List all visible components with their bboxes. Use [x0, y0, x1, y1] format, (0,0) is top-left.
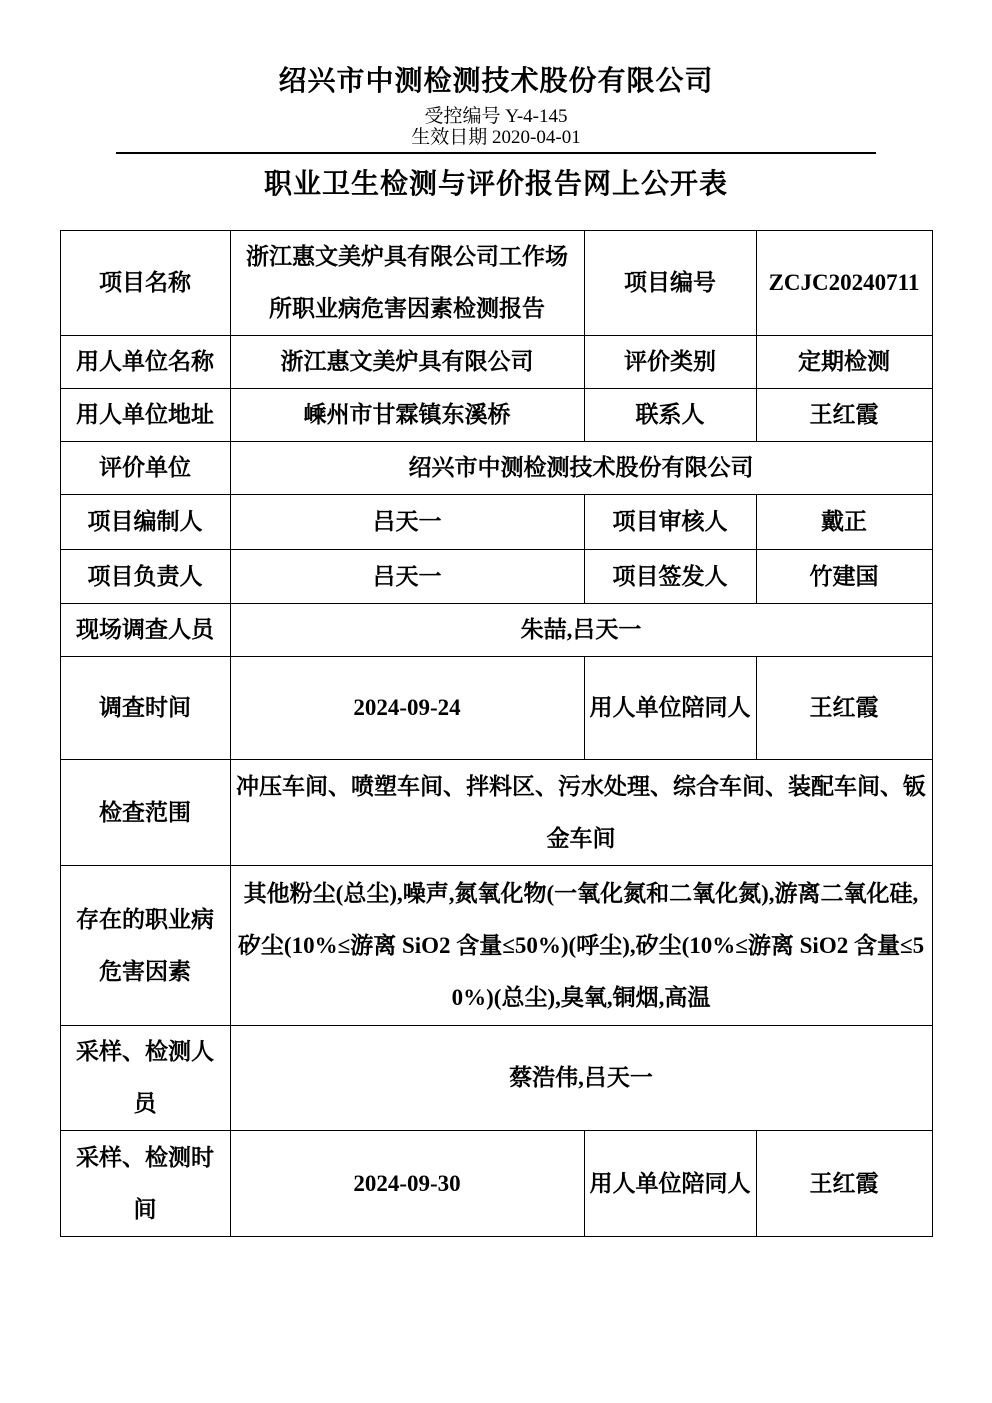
field-label-cell: 评价单位 [60, 442, 230, 495]
table-row: 项目负责人吕天一项目签发人竹建国 [60, 550, 932, 604]
field-label-cell: 评价类别 [584, 336, 756, 389]
field-value-cell: 2024-09-24 [230, 657, 584, 760]
table-row: 检查范围冲压车间、喷塑车间、拌料区、污水处理、综合车间、装配车间、钣金车间 [60, 760, 932, 866]
table-row: 项目名称浙江惠文美炉具有限公司工作场所职业病危害因素检测报告项目编号ZCJC20… [60, 231, 932, 336]
field-value-cell: 王红霞 [756, 1131, 932, 1237]
field-value-cell: 吕天一 [230, 550, 584, 604]
field-value-cell: 冲压车间、喷塑车间、拌料区、污水处理、综合车间、装配车间、钣金车间 [230, 760, 932, 866]
field-value-cell: 朱喆,吕天一 [230, 604, 932, 657]
field-label-cell: 项目编号 [584, 231, 756, 336]
field-value-cell: 定期检测 [756, 336, 932, 389]
field-value-cell: ZCJC20240711 [756, 231, 932, 336]
field-label-cell: 现场调查人员 [60, 604, 230, 657]
report-table: 项目名称浙江惠文美炉具有限公司工作场所职业病危害因素检测报告项目编号ZCJC20… [60, 230, 933, 1237]
field-label-cell: 项目签发人 [584, 550, 756, 604]
table-row: 用人单位地址嵊州市甘霖镇东溪桥联系人王红霞 [60, 389, 932, 442]
table-row: 存在的职业病危害因素其他粉尘(总尘),噪声,氮氧化物(一氧化氮和二氧化氮),游离… [60, 866, 932, 1026]
company-name: 绍兴市中测检测技术股份有限公司 [0, 0, 992, 100]
field-value-cell: 戴正 [756, 495, 932, 550]
field-label-cell: 项目审核人 [584, 495, 756, 550]
field-value-cell: 竹建国 [756, 550, 932, 604]
field-label-cell: 调查时间 [60, 657, 230, 760]
field-label-cell: 项目编制人 [60, 495, 230, 550]
table-row: 采样、检测时间2024-09-30用人单位陪同人王红霞 [60, 1131, 932, 1237]
form-title: 职业卫生检测与评价报告网上公开表 [0, 167, 992, 203]
field-value-cell: 绍兴市中测检测技术股份有限公司 [230, 442, 932, 495]
report-table-body: 项目名称浙江惠文美炉具有限公司工作场所职业病危害因素检测报告项目编号ZCJC20… [60, 231, 932, 1237]
field-label-cell: 用人单位陪同人 [584, 1131, 756, 1237]
field-label-cell: 采样、检测时间 [60, 1131, 230, 1237]
table-row: 用人单位名称浙江惠文美炉具有限公司评价类别定期检测 [60, 336, 932, 389]
header-meta: 受控编号 Y-4-145 生效日期 2020-04-01 [0, 106, 992, 148]
control-number: 受控编号 Y-4-145 [0, 106, 992, 127]
field-value-cell: 吕天一 [230, 495, 584, 550]
field-value-cell: 王红霞 [756, 657, 932, 760]
field-label-cell: 用人单位名称 [60, 336, 230, 389]
field-label-cell: 存在的职业病危害因素 [60, 866, 230, 1026]
field-value-cell: 浙江惠文美炉具有限公司 [230, 336, 584, 389]
field-value-cell: 王红霞 [756, 389, 932, 442]
table-row: 项目编制人吕天一项目审核人戴正 [60, 495, 932, 550]
field-label-cell: 用人单位陪同人 [584, 657, 756, 760]
field-label-cell: 项目名称 [60, 231, 230, 336]
table-row: 采样、检测人员蔡浩伟,吕天一 [60, 1026, 932, 1131]
table-row: 现场调查人员朱喆,吕天一 [60, 604, 932, 657]
field-value-cell: 嵊州市甘霖镇东溪桥 [230, 389, 584, 442]
table-row: 评价单位绍兴市中测检测技术股份有限公司 [60, 442, 932, 495]
field-value-cell: 蔡浩伟,吕天一 [230, 1026, 932, 1131]
field-label-cell: 用人单位地址 [60, 389, 230, 442]
field-label-cell: 项目负责人 [60, 550, 230, 604]
field-value-cell: 浙江惠文美炉具有限公司工作场所职业病危害因素检测报告 [230, 231, 584, 336]
table-row: 调查时间2024-09-24用人单位陪同人王红霞 [60, 657, 932, 760]
field-label-cell: 采样、检测人员 [60, 1026, 230, 1131]
field-label-cell: 联系人 [584, 389, 756, 442]
header-divider [116, 152, 876, 154]
field-value-cell: 2024-09-30 [230, 1131, 584, 1237]
field-label-cell: 检查范围 [60, 760, 230, 866]
effective-date: 生效日期 2020-04-01 [0, 127, 992, 148]
field-value-cell: 其他粉尘(总尘),噪声,氮氧化物(一氧化氮和二氧化氮),游离二氧化硅,矽尘(10… [230, 866, 932, 1026]
document-page: 绍兴市中测检测技术股份有限公司 受控编号 Y-4-145 生效日期 2020-0… [0, 0, 992, 1403]
